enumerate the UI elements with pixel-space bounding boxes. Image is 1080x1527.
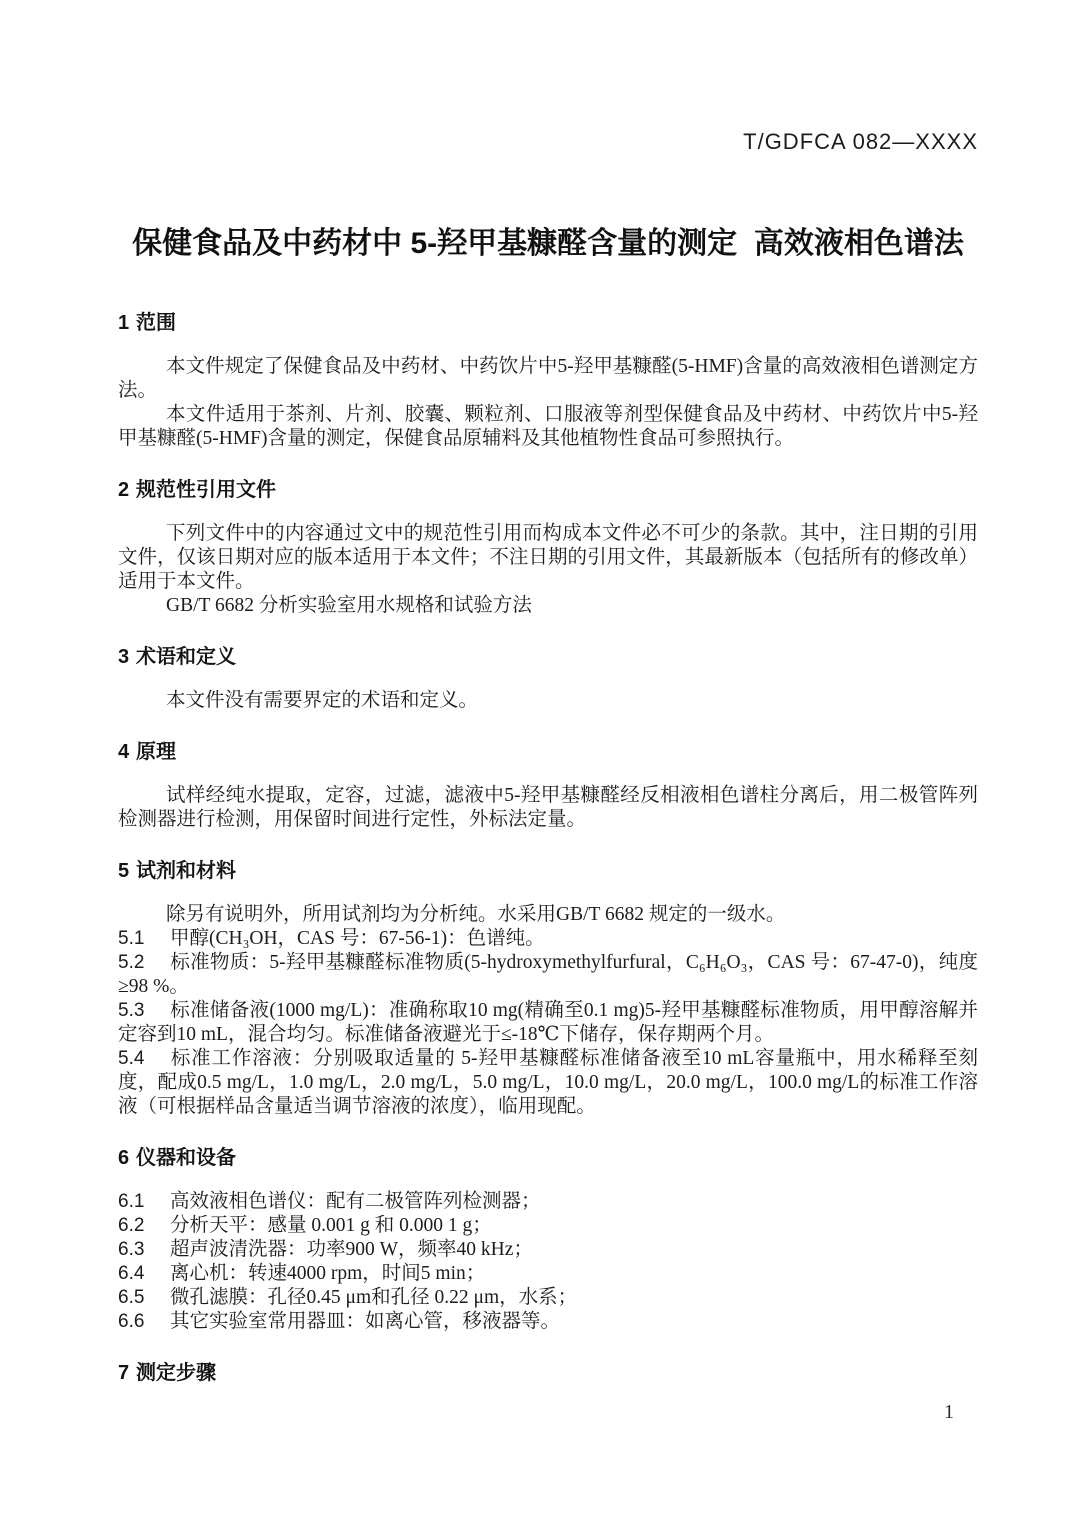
clause-number: 5.2 (118, 951, 170, 975)
clause-6-3: 6.3超声波清洗器：功率900 W，频率40 kHz； (118, 1238, 978, 1262)
paragraph: 试样经纯水提取，定容，过滤，滤液中5-羟甲基糠醛经反相液相色谱柱分离后，用二极管… (118, 784, 978, 832)
clause-6-1: 6.1高效液相色谱仪：配有二极管阵列检测器； (118, 1190, 978, 1214)
section-number: 4 (118, 739, 136, 765)
section-title: 试剂和材料 (136, 860, 236, 882)
clause-number: 6.5 (118, 1286, 170, 1310)
clause-5-1: 5.1甲醇(CH₃OH，CAS 号：67-56-1)：色谱纯。 (118, 927, 978, 951)
clause-text: 其它实验室常用器皿：如离心管，移液器等。 (170, 1311, 560, 1332)
section-number: 1 (118, 310, 136, 336)
page-number: 1 (944, 1400, 954, 1424)
clause-text: 标准工作溶液：分别吸取适量的 5-羟甲基糠醛标准储备液至10 mL容量瓶中，用水… (118, 1048, 978, 1117)
paragraph: 本文件适用于茶剂、片剂、胶囊、颗粒剂、口服液等剂型保健食品及中药材、中药饮片中5… (118, 403, 978, 451)
clause-number: 6.4 (118, 1262, 170, 1286)
clause-6-2: 6.2分析天平：感量 0.001 g 和 0.000 1 g； (118, 1214, 978, 1238)
clause-number: 6.1 (118, 1190, 170, 1214)
document-page: T/GDFCA 082—XXXX 保健食品及中药材中 5-羟甲基糠醛含量的测定 … (0, 0, 1080, 1527)
section-title: 仪器和设备 (136, 1147, 236, 1169)
section-title: 原理 (136, 741, 176, 763)
clause-text: 标准储备液(1000 mg/L)：准确称取10 mg(精确至0.1 mg)5-羟… (118, 1000, 978, 1045)
clause-6-4: 6.4离心机：转速4000 rpm，时间5 min； (118, 1262, 978, 1286)
section-heading-terms-definitions: 3术语和定义 (118, 644, 978, 670)
clause-number: 6.2 (118, 1214, 170, 1238)
clause-text: 离心机：转速4000 rpm，时间5 min； (170, 1263, 485, 1284)
clause-number: 5.4 (118, 1047, 170, 1071)
section-heading-principle: 4原理 (118, 739, 978, 765)
clause-text: 超声波清洗器：功率900 W，频率40 kHz； (170, 1239, 533, 1260)
clause-5-2: 5.2标准物质：5-羟甲基糠醛标准物质(5-hydroxymethylfurfu… (118, 951, 978, 999)
clause-number: 5.1 (118, 927, 170, 951)
paragraph: 下列文件中的内容通过文中的规范性引用而构成本文件必不可少的条款。其中，注日期的引… (118, 522, 978, 594)
clause-text: 标准物质：5-羟甲基糠醛标准物质(5-hydroxymethylfurfural… (118, 952, 978, 997)
section-heading-instruments-equipment: 6仪器和设备 (118, 1145, 978, 1171)
section-title: 范围 (136, 312, 176, 334)
section-number: 6 (118, 1145, 136, 1171)
section-heading-scope: 1范围 (118, 310, 978, 336)
paragraph: 本文件没有需要界定的术语和定义。 (118, 689, 978, 713)
clause-text: 分析天平：感量 0.001 g 和 0.000 1 g； (170, 1215, 492, 1236)
section-title: 规范性引用文件 (136, 479, 276, 501)
clause-number: 6.6 (118, 1310, 170, 1334)
clause-number: 5.3 (118, 999, 170, 1023)
clause-5-4: 5.4标准工作溶液：分别吸取适量的 5-羟甲基糠醛标准储备液至10 mL容量瓶中… (118, 1047, 978, 1119)
section-number: 3 (118, 644, 136, 670)
clause-6-5: 6.5微孔滤膜：孔径0.45 μm和孔径 0.22 μm，水系； (118, 1286, 978, 1310)
standard-code: T/GDFCA 082—XXXX (118, 0, 978, 154)
referenced-standard: GB/T 6682 分析实验室用水规格和试验方法 (118, 594, 978, 618)
paragraph: 除另有说明外，所用试剂均为分析纯。水采用GB/T 6682 规定的一级水。 (118, 903, 978, 927)
section-title: 术语和定义 (136, 646, 236, 668)
document-content: T/GDFCA 082—XXXX 保健食品及中药材中 5-羟甲基糠醛含量的测定 … (118, 0, 978, 1405)
section-number: 7 (118, 1360, 136, 1386)
document-title: 保健食品及中药材中 5-羟甲基糠醛含量的测定 高效液相色谱法 (118, 224, 978, 264)
paragraph: 本文件规定了保健食品及中药材、中药饮片中5-羟甲基糠醛(5-HMF)含量的高效液… (118, 355, 978, 403)
section-heading-reagents-materials: 5试剂和材料 (118, 858, 978, 884)
clause-number: 6.3 (118, 1238, 170, 1262)
clause-text: 甲醇(CH₃OH，CAS 号：67-56-1)：色谱纯。 (170, 928, 545, 949)
section-number: 2 (118, 477, 136, 503)
clause-5-3: 5.3标准储备液(1000 mg/L)：准确称取10 mg(精确至0.1 mg)… (118, 999, 978, 1047)
section-number: 5 (118, 858, 136, 884)
section-heading-normative-references: 2规范性引用文件 (118, 477, 978, 503)
clause-6-6: 6.6其它实验室常用器皿：如离心管，移液器等。 (118, 1310, 978, 1334)
clause-text: 微孔滤膜：孔径0.45 μm和孔径 0.22 μm，水系； (170, 1287, 577, 1308)
section-heading-determination-procedure: 7测定步骤 (118, 1360, 978, 1386)
section-title: 测定步骤 (136, 1362, 216, 1384)
clause-text: 高效液相色谱仪：配有二极管阵列检测器； (170, 1191, 541, 1212)
